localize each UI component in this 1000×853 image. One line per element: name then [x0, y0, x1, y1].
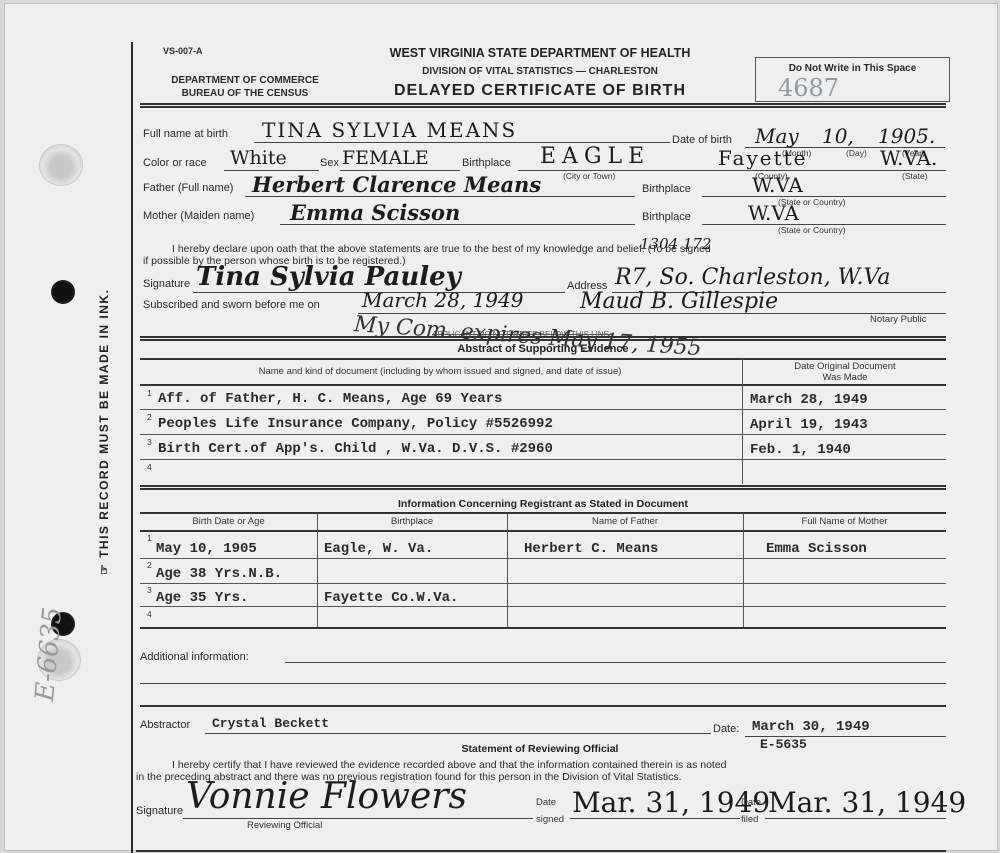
- color-value[interactable]: White: [230, 147, 287, 169]
- review-title: Statement of Reviewing Official: [420, 743, 660, 755]
- header-divider: [140, 103, 946, 108]
- registrant-place: Eagle, W. Va.: [324, 541, 433, 557]
- registrant-info-title: Information Concerning Registrant as Sta…: [140, 498, 946, 510]
- father-birthplace-label: Birthplace: [642, 183, 691, 195]
- additional-info-label: Additional information:: [140, 651, 249, 663]
- row-number: 4: [147, 462, 152, 472]
- row-number: 2: [147, 412, 152, 422]
- full-name-label: Full name at birth: [143, 128, 228, 140]
- section-divider: [140, 485, 946, 490]
- rule: [140, 384, 946, 386]
- col-divider: [317, 513, 318, 627]
- filed-label: filed: [741, 811, 761, 828]
- rule: [140, 558, 946, 559]
- rule: [140, 705, 946, 707]
- birthplace-label: Birthplace: [462, 157, 511, 169]
- page-title: DELAYED CERTIFICATE OF BIRTH: [360, 82, 720, 100]
- birthplace-city[interactable]: EAGLE: [540, 144, 650, 169]
- date-signed-label: Date signed: [536, 794, 564, 828]
- office-use-box: Do Not Write in This Space 4687: [755, 57, 950, 102]
- col-mother: Full Name of Mother: [743, 516, 946, 527]
- department-line: DEPARTMENT OF COMMERCE: [150, 74, 340, 87]
- rule: [140, 434, 946, 435]
- row-number: 1: [147, 533, 152, 543]
- binder-hole-ring: [40, 145, 82, 185]
- rule: [140, 530, 946, 532]
- department-block: DEPARTMENT OF COMMERCE BUREAU OF THE CEN…: [150, 74, 340, 100]
- address-value[interactable]: R7, So. Charleston, W.Va: [615, 265, 890, 290]
- state-country-caption: (State or Country): [778, 225, 846, 235]
- margin-rule: [131, 42, 133, 853]
- rule: [140, 409, 946, 410]
- col-divider: [507, 513, 508, 627]
- evidence-col-date: Date Original Document Was Made: [745, 361, 945, 383]
- mother-value[interactable]: Emma Scisson: [290, 200, 460, 225]
- notary-signature[interactable]: Maud B. Gillespie: [580, 289, 778, 314]
- file-number: E-5635: [760, 737, 807, 752]
- evidence-date: Feb. 1, 1940: [750, 442, 851, 458]
- row-number: 1: [147, 388, 152, 398]
- bureau-line: BUREAU OF THE CENSUS: [150, 87, 340, 100]
- evidence-col-doc: Name and kind of document (including by …: [140, 366, 740, 377]
- evidence-title: Abstract of Supporting Evidence: [140, 343, 946, 355]
- review-text: I hereby certify that I have reviewed th…: [172, 759, 727, 771]
- evidence-date: April 19, 1943: [750, 417, 868, 433]
- date-filed-label: Date filed: [741, 794, 761, 828]
- date-filed-value[interactable]: Mar. 31, 1949: [768, 786, 966, 819]
- mother-label: Mother (Maiden name): [143, 210, 254, 222]
- rule: [140, 627, 946, 629]
- col-date-line1: Date Original Document: [745, 361, 945, 372]
- full-name-value[interactable]: TINA SYLVIA MEANS: [262, 118, 517, 142]
- date-label: Date: [741, 794, 761, 811]
- father-value[interactable]: Herbert Clarence Means: [252, 172, 541, 197]
- section-divider: [140, 336, 946, 341]
- dob-month[interactable]: May: [755, 124, 799, 148]
- form-number: VS-007-A: [163, 46, 203, 56]
- sex-value[interactable]: FEMALE: [342, 147, 429, 169]
- father-label: Father (Full name): [143, 182, 233, 194]
- mother-birthplace-label: Birthplace: [642, 211, 691, 223]
- dob-label: Date of birth: [672, 134, 732, 146]
- rule: [140, 512, 946, 514]
- father-birthplace-value[interactable]: W.VA: [752, 173, 803, 197]
- review-signature-label: Signature: [136, 805, 183, 817]
- col-divider: [742, 359, 743, 484]
- mother-birthplace-value[interactable]: W.VA: [748, 201, 799, 225]
- abstractor-name[interactable]: Crystal Beckett: [212, 716, 329, 731]
- declaration-text: I hereby declare upon oath that the abov…: [172, 243, 711, 255]
- registrant-birth: Age 35 Yrs.: [156, 590, 248, 606]
- reviewer-signature[interactable]: Vonnie Flowers: [186, 776, 467, 817]
- notary-label: Notary Public: [870, 314, 927, 325]
- office-use-number: 4687: [778, 74, 839, 102]
- signed-label: signed: [536, 811, 564, 828]
- col-date-line2: Was Made: [745, 372, 945, 383]
- evidence-doc: Aff. of Father, H. C. Means, Age 69 Year…: [158, 391, 502, 407]
- bottom-rule: [136, 850, 946, 852]
- col-birthplace: Birthplace: [317, 516, 507, 527]
- color-label: Color or race: [143, 157, 207, 169]
- row-number: 4: [147, 609, 152, 619]
- punch-hole: [51, 280, 75, 304]
- sex-label: Sex: [320, 157, 339, 169]
- rule: [140, 459, 946, 460]
- col-divider: [743, 513, 744, 627]
- registrant-father: Herbert C. Means: [524, 541, 658, 557]
- birthplace-county[interactable]: Fayette: [718, 146, 808, 170]
- signature-label: Signature: [143, 278, 190, 290]
- sworn-date[interactable]: March 28, 1949: [362, 288, 523, 312]
- rule: [140, 606, 946, 607]
- agency-name: WEST VIRGINIA STATE DEPARTMENT OF HEALTH: [360, 46, 720, 60]
- ink-notice: ☞ THIS RECORD MUST BE MADE IN INK.: [97, 289, 111, 575]
- row-number: 3: [147, 585, 152, 595]
- evidence-doc: Birth Cert.of App's. Child , W.Va. D.V.S…: [158, 441, 553, 457]
- division-name: DIVISION OF VITAL STATISTICS — CHARLESTO…: [360, 66, 720, 77]
- abstractor-date-label: Date:: [713, 723, 739, 735]
- declaration-annotation: 1304 172: [640, 235, 712, 253]
- day-caption: (Day): [846, 148, 867, 158]
- registrant-mother: Emma Scisson: [766, 541, 867, 557]
- birthplace-state[interactable]: W.VA.: [880, 146, 937, 170]
- rule: [140, 358, 946, 360]
- rule: [140, 583, 946, 584]
- col-father: Name of Father: [507, 516, 743, 527]
- evidence-doc: Peoples Life Insurance Company, Policy #…: [158, 416, 553, 432]
- registrant-birth: May 10, 1905: [156, 541, 257, 557]
- col-birth-date: Birth Date or Age: [140, 516, 317, 527]
- sworn-label: Subscribed and sworn before me on: [143, 299, 320, 311]
- dob-day[interactable]: 10,: [822, 124, 854, 148]
- abstractor-date[interactable]: March 30, 1949: [752, 719, 870, 735]
- evidence-date: March 28, 1949: [750, 392, 868, 408]
- row-number: 3: [147, 437, 152, 447]
- abstractor-label: Abstractor: [140, 719, 190, 731]
- row-number: 2: [147, 560, 152, 570]
- date-label: Date: [536, 794, 564, 811]
- city-caption: (City or Town): [563, 171, 615, 181]
- office-use-label: Do Not Write in This Space: [756, 63, 949, 74]
- reviewing-official-caption: Reviewing Official: [247, 820, 322, 831]
- state-caption: (State): [902, 171, 928, 181]
- registrant-place: Fayette Co.W.Va.: [324, 590, 458, 606]
- dob-year[interactable]: 1905.: [878, 124, 935, 148]
- registrant-birth: Age 38 Yrs.N.B.: [156, 566, 282, 582]
